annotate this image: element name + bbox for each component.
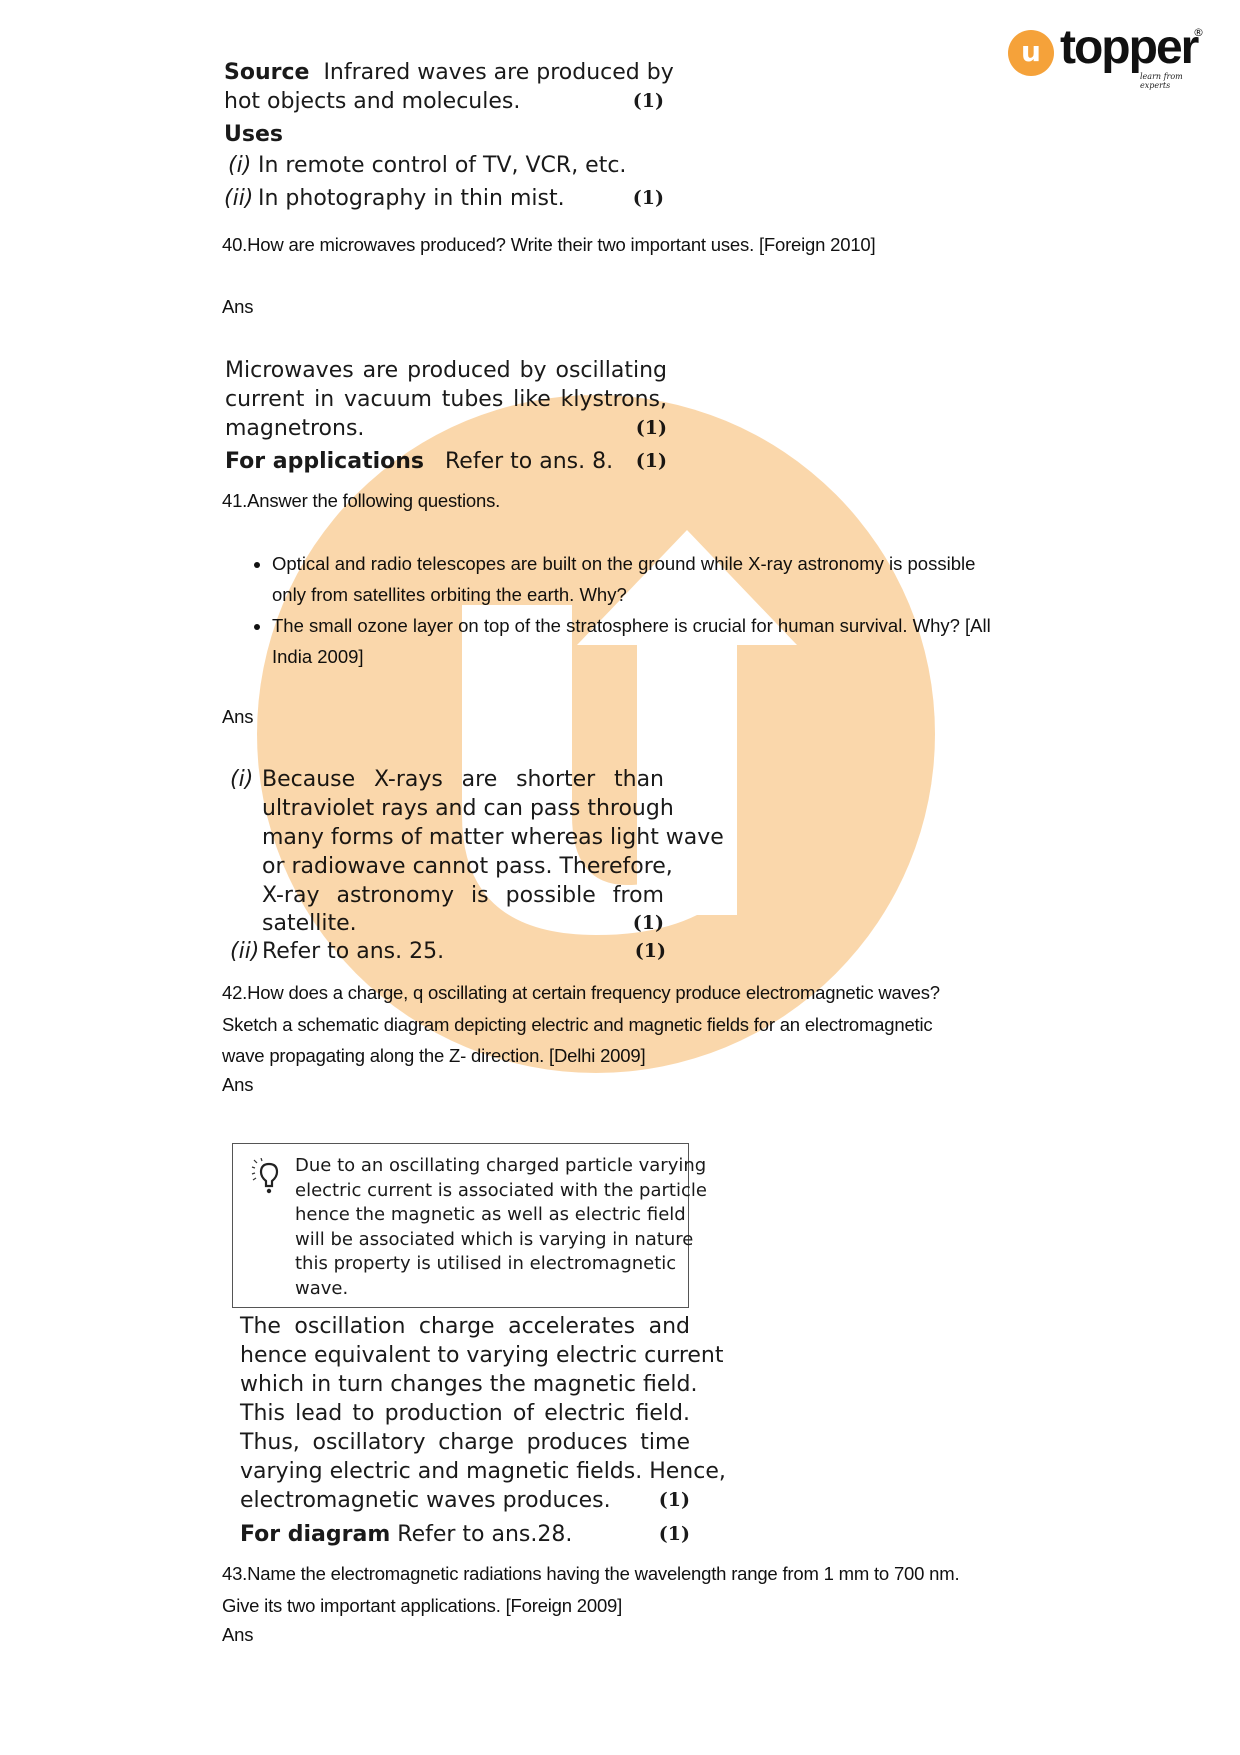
- ans-label: Ans: [222, 706, 253, 728]
- logo-wordmark: topper: [1060, 20, 1197, 75]
- tip-box: Due to an oscillating charged particle v…: [232, 1143, 689, 1308]
- question-43: 43.Name the electromagnetic radiations h…: [222, 1558, 959, 1621]
- question-40: 40.How are microwaves produced? Write th…: [222, 234, 875, 256]
- document-page: u topper ® learn from experts Source Inf…: [0, 0, 1240, 1755]
- uses-heading: Uses: [224, 120, 664, 149]
- ans-label: Ans: [222, 1074, 253, 1096]
- q40-answer-block: Microwaves are produced by oscillating c…: [225, 356, 667, 476]
- source-line: Source Infrared waves are produced by: [224, 58, 664, 87]
- bullet-item: Optical and radio telescopes are built o…: [272, 548, 1002, 610]
- q42-answer-block: The oscillation charge accelerates and h…: [240, 1312, 690, 1549]
- infrared-answer-block: Source Infrared waves are produced by ho…: [224, 58, 664, 213]
- applications-label: For applications: [225, 449, 424, 474]
- source-label: Source: [224, 60, 309, 85]
- ans-label: Ans: [222, 296, 253, 318]
- question-42: 42.How does a charge, q oscillating at c…: [222, 977, 940, 1072]
- ans-label: Ans: [222, 1624, 253, 1646]
- use-item: (i) In remote control of TV, VCR, etc.: [224, 151, 664, 180]
- registered-mark: ®: [1193, 26, 1204, 39]
- lightbulb-icon: [251, 1158, 281, 1198]
- logo-mark-icon: u: [1008, 30, 1054, 76]
- tip-text: Due to an oscillating charged particle v…: [295, 1154, 675, 1301]
- topper-logo: u topper ® learn from experts: [1008, 26, 1208, 86]
- q41-answer-block: (i) Because X-rays are shorter than ultr…: [230, 765, 666, 966]
- logo-tagline: learn from experts: [1140, 72, 1208, 90]
- use-item: (ii)In photography in thin mist. (1): [224, 184, 664, 213]
- diagram-label: For diagram: [240, 1522, 390, 1547]
- bullet-item: The small ozone layer on top of the stra…: [272, 610, 1002, 672]
- question-41-bullets: Optical and radio telescopes are built o…: [248, 548, 1032, 672]
- question-41: 41.Answer the following questions.: [222, 490, 500, 512]
